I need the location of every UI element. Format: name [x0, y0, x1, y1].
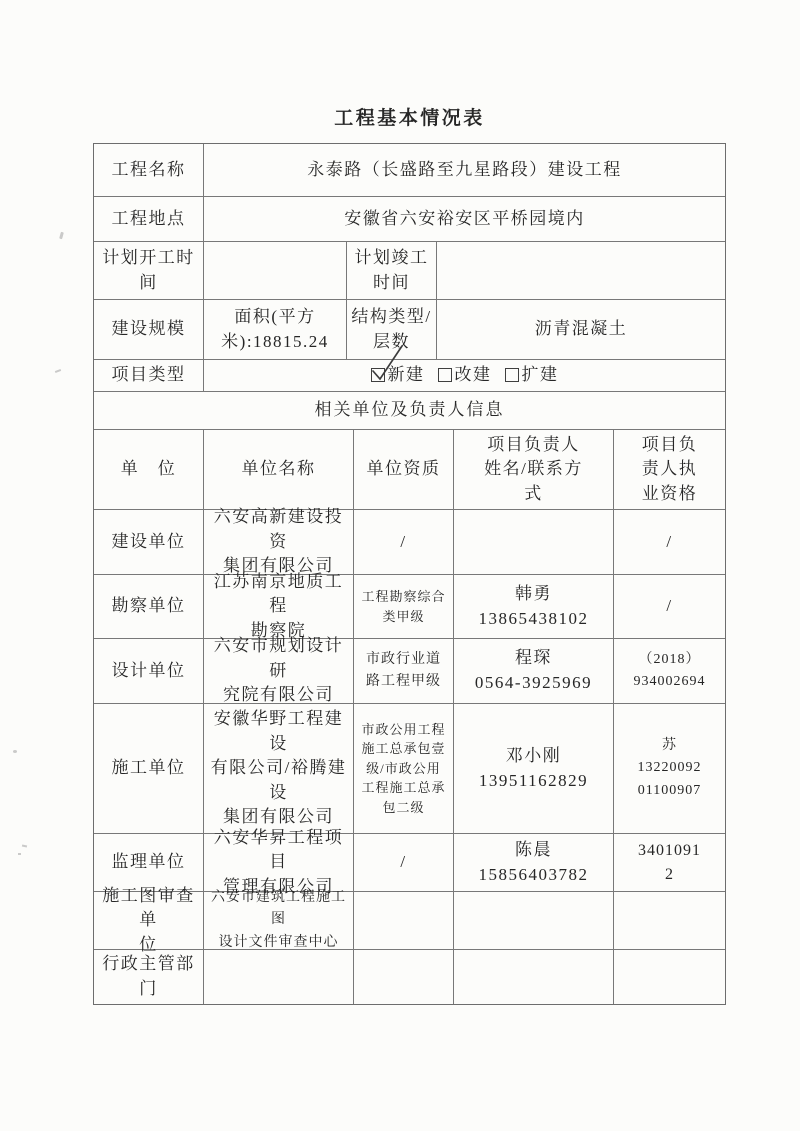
manager-contact: [453, 950, 613, 1004]
project-name-value: 永泰路（长盛路至九星路段）建设工程: [203, 144, 725, 196]
table-row-supervision-unit: 监理单位 六安华昇工程项目 管理有限公司 / 陈晨 15856403782 34…: [94, 833, 725, 891]
table-row-survey-unit: 勘察单位 江苏南京地质工程 勘察院 工程勘察综合 类甲级 韩勇 13865438…: [94, 574, 725, 638]
unit-type-label: 施工图审查单 位: [94, 892, 203, 949]
manager-credential: 苏 13220092 01100907: [613, 704, 725, 833]
checkbox-expand-icon: [505, 368, 519, 382]
table-row-project-name: 工程名称 永泰路（长盛路至九星路段）建设工程: [94, 144, 725, 196]
unit-qualification: /: [353, 510, 453, 574]
project-name-label: 工程名称: [94, 144, 203, 196]
unit-name: 江苏南京地质工程 勘察院: [203, 575, 353, 638]
checkbox-new-checked-icon: [371, 368, 385, 382]
table-row-admin-department: 行政主管部门: [94, 949, 725, 1004]
unit-type-label: 勘察单位: [94, 575, 203, 638]
header-manager-contact: 项目负责人 姓名/联系方 式: [453, 430, 613, 509]
unit-qualification: 市政公用工程 施工总承包壹 级/市政公用 工程施工总承 包二级: [353, 704, 453, 833]
table-row-drawing-review-unit: 施工图审查单 位 六安市建筑工程施工图 设计文件审查中心: [94, 891, 725, 949]
unit-qualification: /: [353, 834, 453, 891]
table-row-column-headers: 单 位 单位名称 单位资质 项目负责人 姓名/联系方 式 项目负 责人执 业资格: [94, 429, 725, 509]
unit-type-label: 建设单位: [94, 510, 203, 574]
unit-name: 六安华昇工程项目 管理有限公司: [203, 834, 353, 891]
scan-artifact: [55, 369, 61, 373]
manager-contact: 陈晨 15856403782: [453, 834, 613, 891]
table-row-section-header: 相关单位及负责人信息: [94, 391, 725, 429]
scan-artifact: [18, 853, 21, 855]
planned-finish-label: 计划竣工 时间: [346, 242, 436, 299]
unit-name: [203, 950, 353, 1004]
unit-name: 六安市建筑工程施工图 设计文件审查中心: [203, 892, 353, 949]
scan-artifact: [59, 232, 64, 240]
header-manager-credential: 项目负 责人执 业资格: [613, 430, 725, 509]
table-row-contractor-unit: 施工单位 安徽华野工程建设 有限公司/裕腾建设 集团有限公司 市政公用工程 施工…: [94, 703, 725, 833]
table-row-scale: 建设规模 面积(平方 米):18815.24 结构类型/ 层数 沥青混凝土: [94, 299, 725, 359]
structure-type-label: 结构类型/ 层数: [346, 300, 436, 359]
scan-artifact: [22, 845, 27, 848]
structure-type-value: 沥青混凝土: [436, 300, 725, 359]
unit-type-label: 设计单位: [94, 639, 203, 703]
option-expand-label: 扩建: [522, 363, 559, 388]
unit-qualification: [353, 950, 453, 1004]
planned-start-label: 计划开工时间: [94, 242, 203, 299]
manager-contact: 邓小刚 13951162829: [453, 704, 613, 833]
scan-artifact: [13, 750, 17, 753]
units-section-title: 相关单位及负责人信息: [94, 392, 725, 429]
project-type-options: 新建 改建 扩建: [203, 360, 725, 391]
table-row-construction-owner: 建设单位 六安高新建设投资 集团有限公司 / /: [94, 509, 725, 574]
header-qualification: 单位资质: [353, 430, 453, 509]
option-expand: 扩建: [505, 363, 559, 388]
manager-credential: /: [613, 575, 725, 638]
option-new: 新建: [371, 363, 425, 388]
table-row-schedule: 计划开工时间 计划竣工 时间: [94, 241, 725, 299]
table-row-design-unit: 设计单位 六安市规划设计研 究院有限公司 市政行业道 路工程甲级 程琛 0564…: [94, 638, 725, 703]
unit-name: 六安市规划设计研 究院有限公司: [203, 639, 353, 703]
manager-credential: [613, 892, 725, 949]
manager-contact: [453, 892, 613, 949]
unit-name: 六安高新建设投资 集团有限公司: [203, 510, 353, 574]
manager-credential: [613, 950, 725, 1004]
option-new-label: 新建: [388, 363, 425, 388]
planned-start-value: [203, 242, 346, 299]
location-value: 安徽省六安裕安区平桥园境内: [203, 197, 725, 241]
unit-qualification: [353, 892, 453, 949]
unit-type-label: 行政主管部门: [94, 950, 203, 1004]
option-rebuild: 改建: [438, 363, 492, 388]
page-title: 工程基本情况表: [93, 103, 726, 130]
manager-credential: 3401091 2: [613, 834, 725, 891]
scale-label: 建设规模: [94, 300, 203, 359]
unit-name: 安徽华野工程建设 有限公司/裕腾建设 集团有限公司: [203, 704, 353, 833]
unit-qualification: 市政行业道 路工程甲级: [353, 639, 453, 703]
project-type-label: 项目类型: [94, 360, 203, 391]
table-row-location: 工程地点 安徽省六安裕安区平桥园境内: [94, 196, 725, 241]
manager-contact: 韩勇 13865438102: [453, 575, 613, 638]
planned-finish-value: [436, 242, 725, 299]
scale-area-value: 面积(平方 米):18815.24: [203, 300, 346, 359]
unit-qualification: 工程勘察综合 类甲级: [353, 575, 453, 638]
option-rebuild-label: 改建: [455, 363, 492, 388]
unit-type-label: 施工单位: [94, 704, 203, 833]
manager-credential: （2018） 934002694: [613, 639, 725, 703]
header-unit-name: 单位名称: [203, 430, 353, 509]
location-label: 工程地点: [94, 197, 203, 241]
manager-contact: 程琛 0564-3925969: [453, 639, 613, 703]
project-info-table: 工程名称 永泰路（长盛路至九星路段）建设工程 工程地点 安徽省六安裕安区平桥园境…: [93, 143, 726, 1005]
unit-type-label: 监理单位: [94, 834, 203, 891]
manager-credential: /: [613, 510, 725, 574]
table-row-project-type: 项目类型 新建 改建 扩建: [94, 359, 725, 391]
project-type-option-group: 新建 改建 扩建: [371, 363, 559, 388]
header-unit: 单 位: [94, 430, 203, 509]
manager-contact: [453, 510, 613, 574]
checkbox-rebuild-icon: [438, 368, 452, 382]
